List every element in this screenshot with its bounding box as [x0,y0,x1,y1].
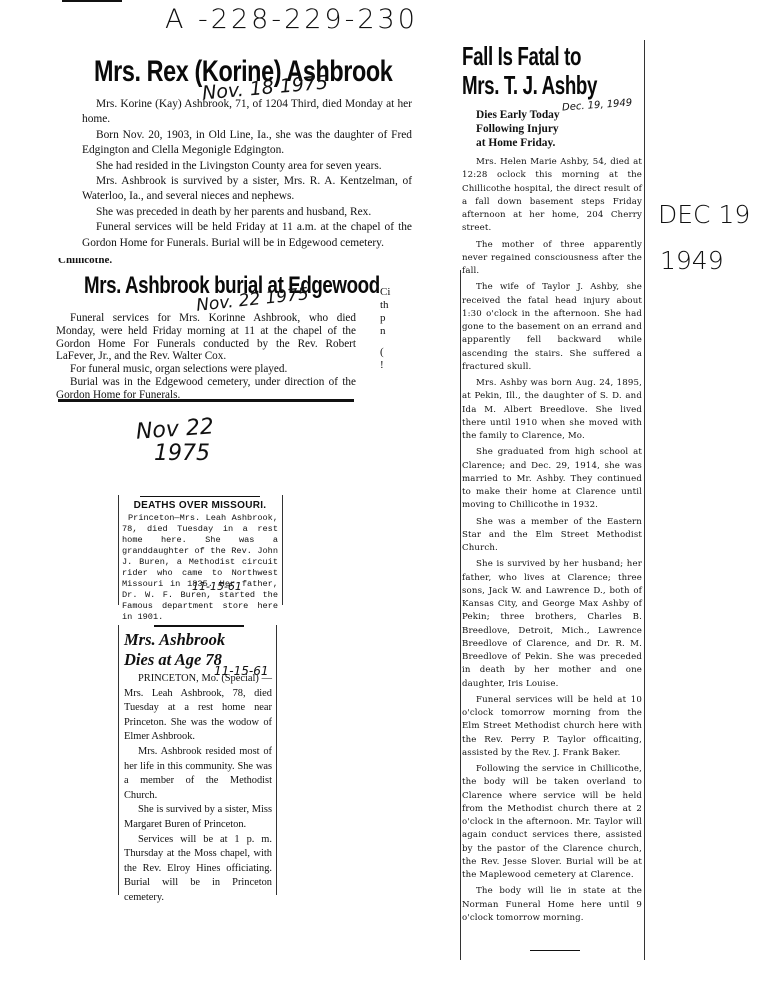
scan-edge-bar [62,0,122,2]
side-date-line1: DEC 19 [658,192,750,238]
paragraph: PRINCETON, Mo. (Special) — Mrs. Leah Ash… [124,672,272,745]
clipping-top-rule [154,625,244,627]
deaths-over-missouri-body: Princeton—Mrs. Leah Ashbrook, 78, died T… [122,513,278,623]
leah-obituary-body: PRINCETON, Mo. (Special) — Mrs. Leah Ash… [124,672,272,906]
paragraph: Services will be at 1 p. m. Thursday at … [124,833,272,906]
clipping-border-right [282,495,283,605]
clipping-border-left [460,270,461,960]
paragraph: Mrs. Ashbrook resided most of her life i… [124,745,272,803]
paragraph: Mrs. Korine (Kay) Ashbrook, 71, of 1204 … [82,97,412,128]
divider-rule [58,399,354,402]
handwritten-date-block: Nov 22 1975 [136,418,214,466]
paragraph: Mrs. Helen Marie Ashby, 54, died at 12:2… [462,156,642,236]
cutoff-fragment: th [380,299,390,312]
subhead-line: Dies Early Today [476,108,642,122]
cutoff-fragment: ! [380,359,390,372]
side-date-line2: 1949 [660,238,750,284]
handwritten-date-line2: 1975 [154,442,214,466]
paragraph: The mother of three apparently never reg… [462,239,642,279]
subhead-helen: Dies Early Today Following Injury at Hom… [476,108,642,150]
cutoff-text-right: Ci th p n ( ! [380,286,390,372]
reference-note: A -228-229-230 [165,4,418,35]
paragraph: Princeton—Mrs. Leah Ashbrook, 78, died T… [122,513,278,623]
cutoff-fragment: Ci [380,286,390,299]
paragraph: Mrs. Ashby was born Aug. 24, 1895, at Pe… [462,377,642,443]
side-date-note: DEC 19 1949 [658,192,750,284]
handwritten-date-deaths: 11-15-61 [192,580,242,593]
cutoff-fragment: n [380,325,390,338]
paragraph: She is survived by her husband; her fath… [462,558,642,691]
clipping-deaths-over-missouri: DEATHS OVER MISSOURI. Princeton—Mrs. Lea… [122,500,278,623]
clipping-top-rule [140,496,260,497]
paragraph: The wife of Taylor J. Ashby, she receive… [462,281,642,374]
clipping-border-left [118,495,119,605]
paragraph: For funeral music, organ selections were… [56,363,356,376]
cutoff-text-top: Chillicothe. [58,258,112,265]
paragraph: She was preceded in death by her parents… [82,205,412,220]
paragraph: She had resided in the Livingston County… [82,159,412,174]
paragraph: Funeral services will be held at 10 o'cl… [462,694,642,760]
paragraph: She is survived by a sister, Miss Margar… [124,803,272,832]
headline-deaths-over-missouri: DEATHS OVER MISSOURI. [122,500,278,511]
paragraph: Born Nov. 20, 1903, in Old Line, Ia., sh… [82,128,412,159]
helen-ashby-body: Mrs. Helen Marie Ashby, 54, died at 12:2… [462,156,642,925]
paragraph: She graduated from high school at Claren… [462,446,642,512]
paragraph: Funeral services will be held Friday at … [82,220,412,251]
headline-helen-line2: Mrs. T. J. Ashby [462,71,592,100]
subhead-line: Following Injury [476,122,642,136]
paragraph: She was a member of the Eastern Star and… [462,516,642,556]
headline-helen-line1: Fall Is Fatal to [462,42,592,71]
end-rule [530,950,580,951]
paragraph: Funeral services for Mrs. Korinne Ashbro… [56,312,356,363]
clipping-border-left [118,625,119,895]
paragraph: Mrs. Ashbrook is survived by a sister, M… [82,174,412,205]
headline-leah-line1: Mrs. Ashbrook [124,630,272,650]
clipping-border-right [644,40,645,960]
clipping-border-right [276,625,277,895]
paragraph: Burial was in the Edgewood cemetery, und… [56,376,356,402]
paragraph: Following the service in Chillicothe, th… [462,763,642,882]
burial-body: Funeral services for Mrs. Korinne Ashbro… [56,312,356,402]
clipping-burial-edgewood: Mrs. Ashbrook burial at Edgewood Nov. 22… [56,272,356,402]
clipping-helen-ashby: Fall Is Fatal to Mrs. T. J. Ashby Dec. 1… [462,42,642,925]
clipping-leah-obituary: Mrs. Ashbrook Dies at Age 78 11-15-61 PR… [124,630,272,906]
cutoff-fragment: ( [380,346,390,359]
subhead-line: at Home Friday. [476,136,642,150]
handwritten-date-leah: 11-15-61 [214,664,268,678]
cutoff-fragment: p [380,312,390,325]
clipping-korine-obituary: Mrs. Rex (Korine) Ashbrook Nov. 18 1975 … [82,55,412,251]
paragraph: The body will lie in state at the Norman… [462,885,642,925]
obituary-body-korine: Mrs. Korine (Kay) Ashbrook, 71, of 1204 … [82,97,412,251]
